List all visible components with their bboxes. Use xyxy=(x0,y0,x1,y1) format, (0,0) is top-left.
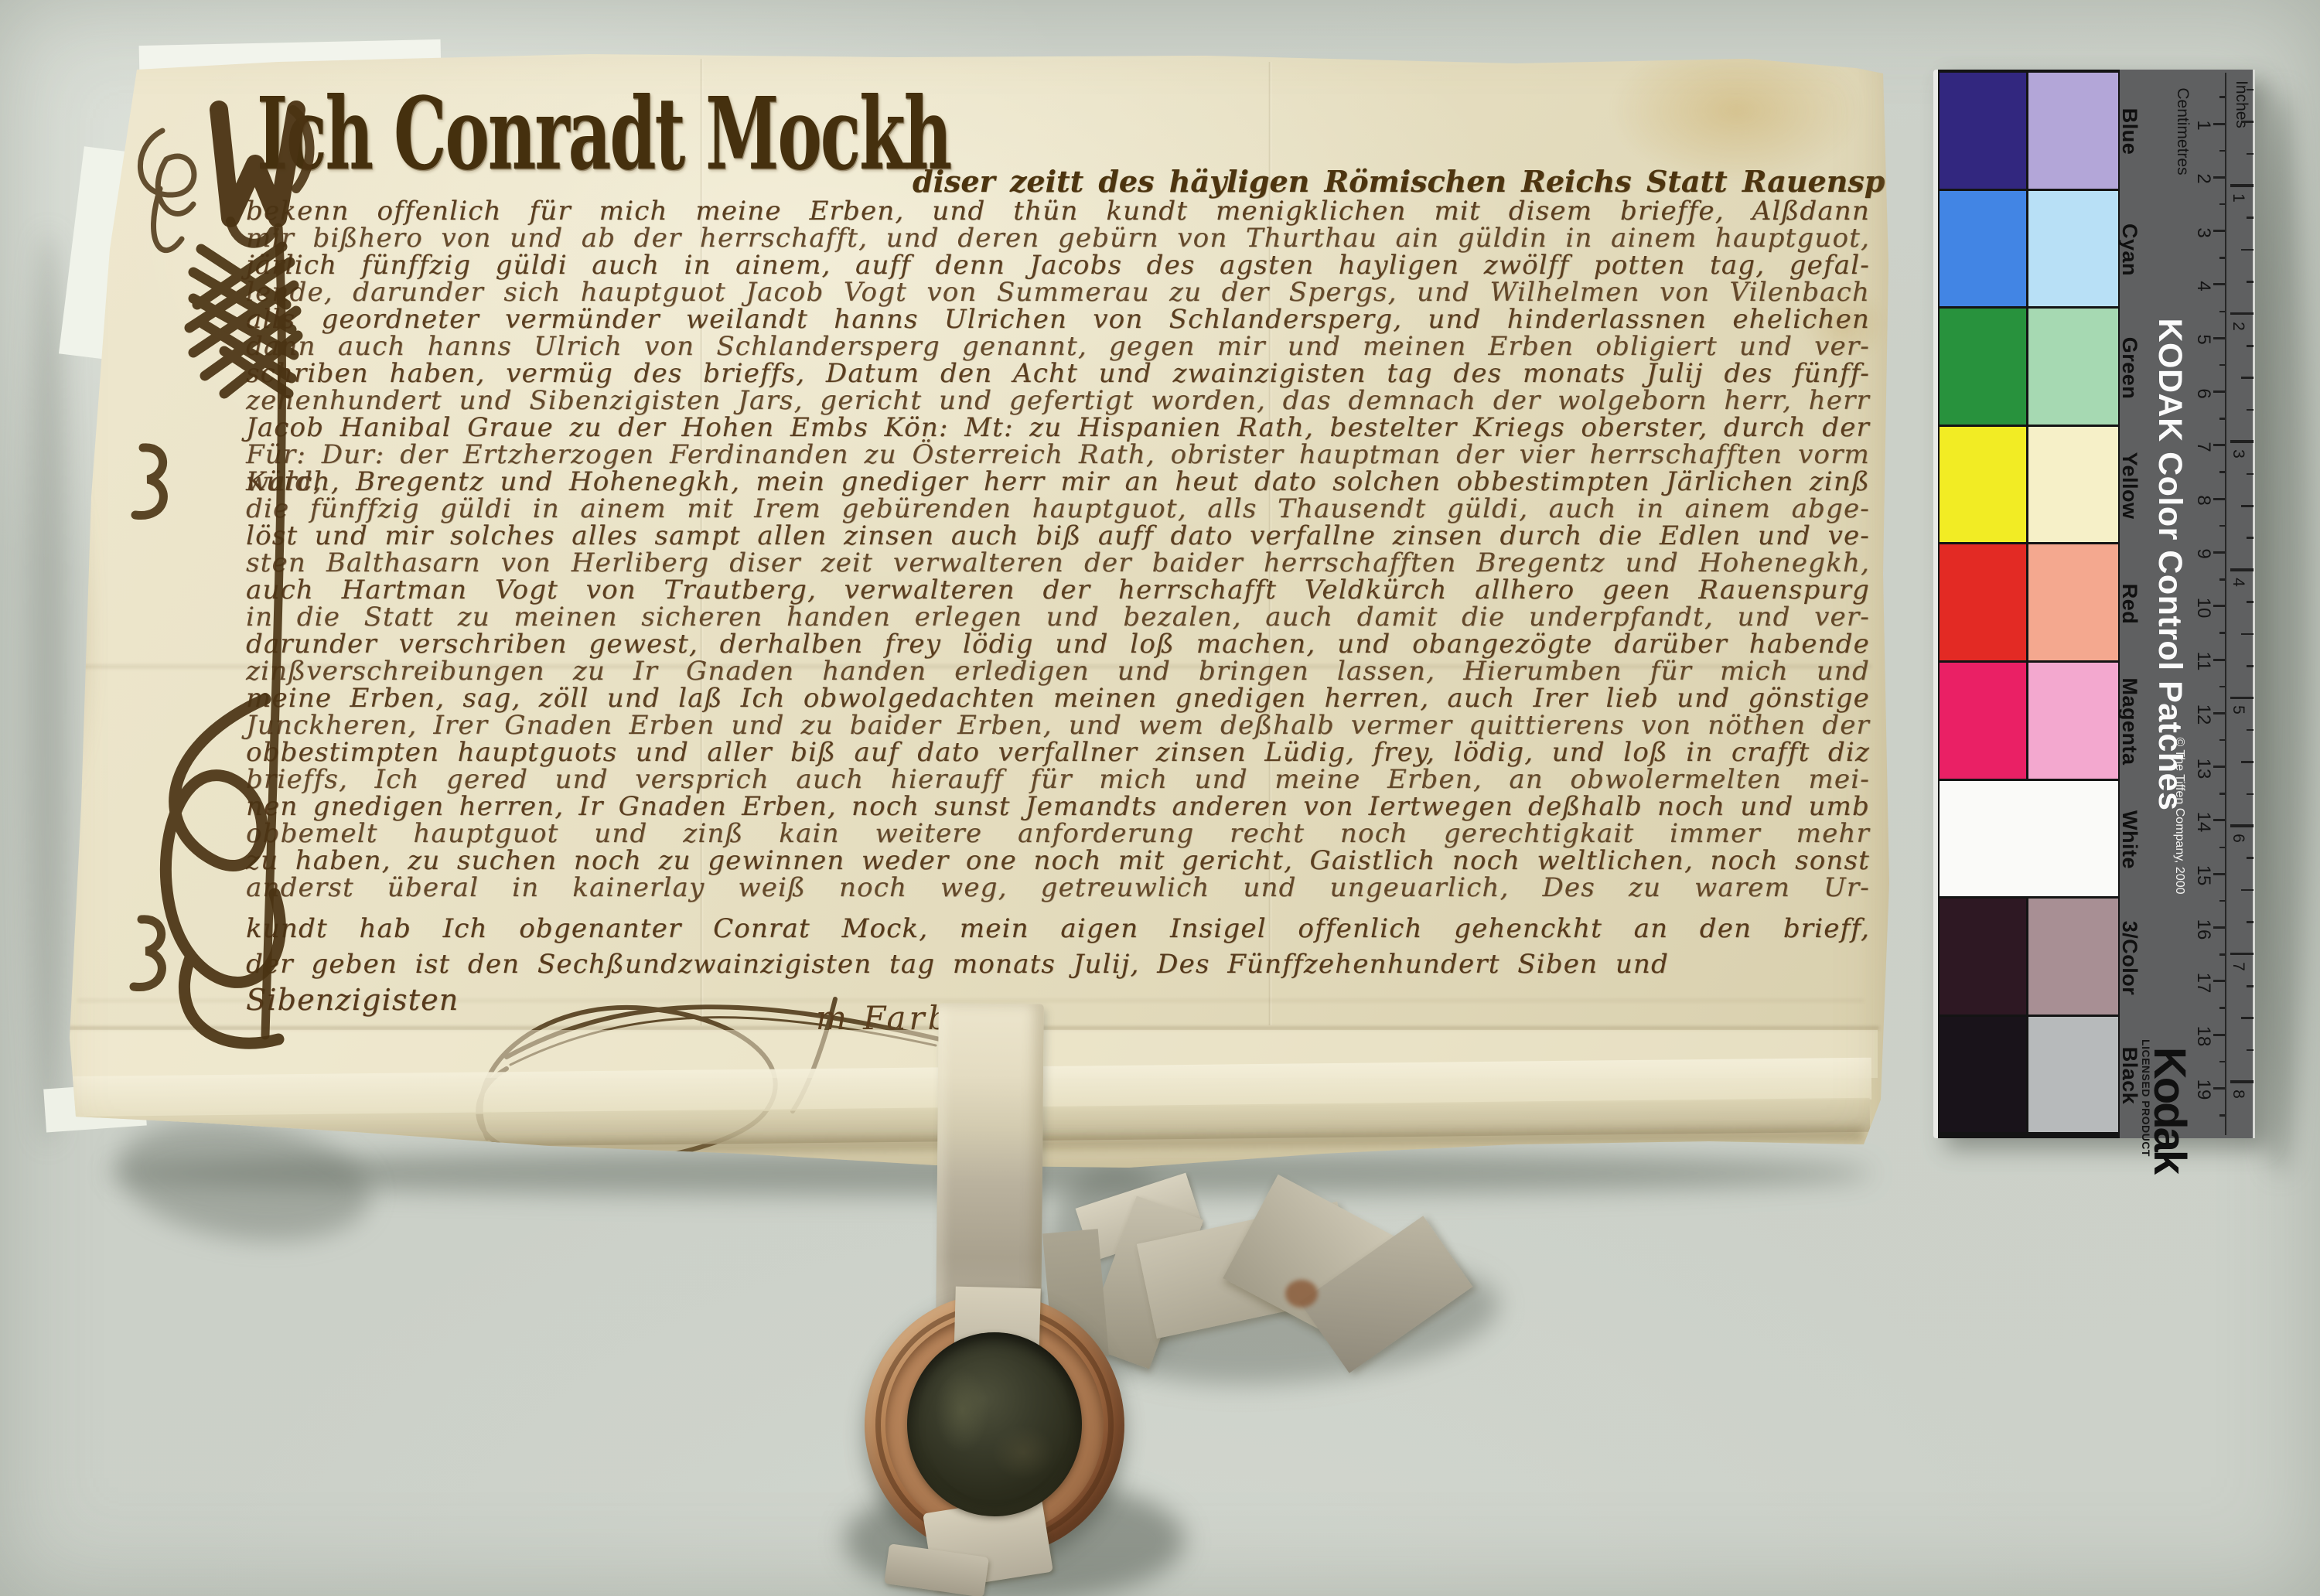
manuscript-line: meine Erben, sag, zöll und laß Ich obwol… xyxy=(246,685,1870,712)
wax-seal xyxy=(907,1332,1082,1516)
inches-label: Inches xyxy=(2232,46,2250,162)
patch-grid xyxy=(1938,70,2120,1138)
inch-tick-quarter xyxy=(2247,537,2253,539)
cm-tick-minor xyxy=(2219,686,2225,688)
inch-tick-half xyxy=(2241,121,2253,123)
inch-number: 6 xyxy=(2225,825,2251,851)
inch-tick-quarter xyxy=(2247,409,2253,411)
photograph-of-charter: Ich Conradt Mockh diser zeitt des häylig… xyxy=(0,0,2320,1596)
cm-tick-minor xyxy=(2219,418,2225,420)
inch-number: 7 xyxy=(2225,953,2251,980)
patch-green xyxy=(1940,309,2026,425)
inch-number: 4 xyxy=(2225,569,2251,595)
manuscript-line: Für: Dur: der Ertzherzogen Ferdinanden z… xyxy=(246,442,1870,469)
patch-yellow xyxy=(1940,427,2026,543)
patch-label-green: Green xyxy=(2118,302,2141,434)
patch-black-tint xyxy=(2028,1017,2118,1133)
inch-tick-quarter xyxy=(2247,1049,2253,1052)
cm-number: 7 xyxy=(2190,434,2216,460)
inch-tick-quarter xyxy=(2247,985,2253,987)
cm-number: 9 xyxy=(2190,541,2216,567)
seal-tag-strip xyxy=(936,1003,1044,1328)
stain-top-right xyxy=(1609,37,1864,184)
manuscript-line: Junckheren, Irer Gnaden Erben und zu bai… xyxy=(246,712,1870,739)
cm-number: 19 xyxy=(2190,1076,2216,1103)
cm-number: 14 xyxy=(2190,809,2216,835)
manuscript-line: obbemelt hauptguot und zinß kain weitere… xyxy=(246,820,1870,847)
cm-number: 10 xyxy=(2190,595,2216,621)
cm-number: 15 xyxy=(2190,862,2216,888)
patch-black xyxy=(1940,1017,2026,1133)
cm-number: 3 xyxy=(2190,220,2216,246)
patch-3/color xyxy=(1940,899,2026,1015)
inch-tick-half xyxy=(2241,761,2253,763)
patch-label-magenta: Magenta xyxy=(2118,656,2141,787)
manuscript-line: zehenhundert und Sibenzigisten Jars, ger… xyxy=(246,387,1870,414)
inch-tick-quarter xyxy=(2247,153,2253,155)
inch-tick-quarter xyxy=(2247,601,2253,603)
patch-label-red: Red xyxy=(2118,538,2141,670)
cm-number: 11 xyxy=(2190,648,2216,674)
cm-tick-minor xyxy=(2219,578,2225,581)
patch-cyan-tint xyxy=(2028,191,2118,307)
centimetres-label: Centimetres xyxy=(2173,73,2192,189)
manuscript-line: mir bißhero von und ab der herrschafft, … xyxy=(246,225,1870,252)
manuscript-line: schriben haben, vermüg des brieffs, Datu… xyxy=(246,360,1870,387)
cm-tick-minor xyxy=(2219,203,2225,206)
ribbon-rust-stain xyxy=(1285,1280,1318,1308)
cm-number: 18 xyxy=(2190,1023,2216,1049)
shadow-kodak-strip xyxy=(2252,91,2309,1174)
cm-number: 13 xyxy=(2190,755,2216,782)
patch-red xyxy=(1940,544,2026,660)
cm-tick-minor xyxy=(2219,632,2225,634)
cm-number: 6 xyxy=(2190,380,2216,407)
cm-number: 1 xyxy=(2190,112,2216,138)
patch-label-blue: Blue xyxy=(2118,66,2141,197)
manuscript-line: darunder verschriben gewest, derhalben f… xyxy=(246,631,1870,658)
manuscript-line: brieffs, Ich gered und versprich auch hi… xyxy=(246,766,1870,793)
inch-tick-half xyxy=(2241,633,2253,636)
manuscript-line: sten Balthasarn von Herliberg diser zeit… xyxy=(246,550,1870,577)
manuscript-line: lende, darunder sich hauptguot Jacob Vog… xyxy=(246,279,1870,306)
inch-tick-half xyxy=(2241,889,2253,892)
inch-number: 1 xyxy=(2225,185,2251,211)
cm-tick-minor xyxy=(2219,847,2225,849)
cm-tick-minor xyxy=(2219,525,2225,527)
cm-tick-minor xyxy=(2219,900,2225,902)
inch-number: 8 xyxy=(2225,1081,2251,1107)
manuscript-line: alls geordneter vermünder weilandt hanns… xyxy=(246,306,1870,333)
manuscript-line: anderst überal in kainerlay weiß noch we… xyxy=(246,875,1870,902)
inch-tick-quarter xyxy=(2247,729,2253,731)
manuscript-line: zinßverschreibungen zu Ir Gnaden handen … xyxy=(246,658,1870,685)
inch-number: 5 xyxy=(2225,697,2251,723)
cm-number: 8 xyxy=(2190,487,2216,513)
patch-label-yellow: Yellow xyxy=(2118,420,2141,551)
patch-3/color-tint xyxy=(2028,899,2118,1015)
patch-red-tint xyxy=(2028,544,2118,660)
inch-tick-half xyxy=(2241,249,2253,251)
cm-tick-minor xyxy=(2219,739,2225,742)
inch-tick-quarter xyxy=(2247,281,2253,283)
patch-white xyxy=(1940,781,2118,897)
manuscript-line: dann auch hanns Ulrich von Schlandersper… xyxy=(246,333,1870,360)
kodak-color-control-strip: KODAK Color Control Patches © The Tiffen… xyxy=(1933,70,2255,1138)
manuscript-line: obbestimpten hauptguots und aller biß au… xyxy=(246,739,1870,766)
cm-tick-minor xyxy=(2219,150,2225,152)
strip-left-edge xyxy=(1933,70,1938,1138)
cm-tick-minor xyxy=(2219,471,2225,473)
inch-tick-quarter xyxy=(2247,793,2253,796)
inch-number: 2 xyxy=(2225,313,2251,339)
cm-tick-minor xyxy=(2219,1007,2225,1009)
manuscript-line: zu haben, zu suchen noch zu gewinnen wed… xyxy=(246,847,1870,875)
patch-blue xyxy=(1940,73,2026,189)
patch-magenta xyxy=(1940,663,2026,779)
shadow-left-edge xyxy=(28,232,68,1144)
cm-number: 16 xyxy=(2190,916,2216,943)
charter-heading: Ich Conradt Mockh xyxy=(257,76,950,193)
manuscript-line: bekenn offenlich für mich meine Erben, u… xyxy=(246,198,1870,225)
cm-tick-minor xyxy=(2219,364,2225,367)
inch-tick-half xyxy=(2241,377,2253,379)
wax-seal-in-capsule xyxy=(865,1294,1124,1557)
manuscript-line: löst und mir solches alles sampt allen z… xyxy=(246,523,1870,550)
cm-number: 4 xyxy=(2190,273,2216,299)
cm-number: 5 xyxy=(2190,326,2216,353)
manuscript-line: nen gnedigen herren, Ir Gnaden Erben, no… xyxy=(246,793,1870,820)
manuscript-line: järlich fünffzig güldi auch in ainem, au… xyxy=(246,252,1870,279)
cm-number: 12 xyxy=(2190,701,2216,728)
strip-copyright: © The Tiffen Company, 2000 xyxy=(2172,700,2187,932)
cm-tick-minor xyxy=(2219,257,2225,259)
kodak-logo: Kodak xyxy=(2145,1025,2195,1195)
patch-yellow-tint xyxy=(2028,427,2118,543)
strip-right-edge-line xyxy=(2253,70,2255,1138)
inch-tick-quarter xyxy=(2247,921,2253,923)
patch-blue-tint xyxy=(2028,73,2118,189)
patch-magenta-tint xyxy=(2028,663,2118,779)
inch-tick-quarter xyxy=(2247,857,2253,859)
inch-tick-quarter xyxy=(2247,345,2253,347)
cm-tick-minor xyxy=(2219,953,2225,956)
cm-tick-minor xyxy=(2219,793,2225,795)
manuscript-line: Kürch, Bregentz und Hohenegkh, mein gned… xyxy=(246,469,1870,496)
manuscript-body: bekenn offenlich für mich meine Erben, u… xyxy=(246,198,1870,902)
patch-label-3/color: 3/Color xyxy=(2118,892,2141,1024)
cm-number: 2 xyxy=(2190,165,2216,192)
patch-label-cyan: Cyan xyxy=(2118,184,2141,315)
inch-tick-half xyxy=(2241,505,2253,507)
manuscript-closing-line: kundt hab Ich obgenanter Conrat Mock, me… xyxy=(246,911,1870,946)
patch-label-black: Black xyxy=(2118,1010,2141,1141)
inch-tick-quarter xyxy=(2247,89,2253,91)
manuscript-line: in die Statt zu meinen sicheren handen e… xyxy=(246,604,1870,631)
inch-tick-quarter xyxy=(2247,473,2253,476)
inch-tick-quarter xyxy=(2247,665,2253,667)
manuscript-line: auch Hartman Vogt von Trautberg, verwalt… xyxy=(246,577,1870,604)
inch-tick-half xyxy=(2241,1017,2253,1019)
inch-number: 3 xyxy=(2225,441,2251,467)
illuminated-initial xyxy=(120,73,344,1086)
parchment-charter: Ich Conradt Mockh diser zeitt des häylig… xyxy=(46,32,1895,1173)
cm-number: 17 xyxy=(2190,970,2216,996)
manuscript-line: Jacob Hanibal Graue zu der Hohen Embs Kö… xyxy=(246,414,1870,442)
cm-tick-minor xyxy=(2219,311,2225,313)
inch-tick-quarter xyxy=(2247,217,2253,219)
manuscript-line: die fünffzig güldi in ainem mit Irem geb… xyxy=(246,496,1870,523)
cm-tick-minor xyxy=(2219,1114,2225,1117)
patch-cyan xyxy=(1940,191,2026,307)
cm-tick-minor xyxy=(2219,1061,2225,1063)
cm-tick-minor xyxy=(2219,96,2225,98)
patch-label-white: White xyxy=(2118,774,2141,905)
patch-green-tint xyxy=(2028,309,2118,425)
